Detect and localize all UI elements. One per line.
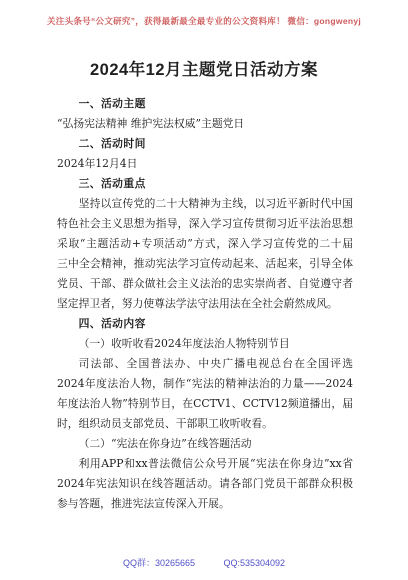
doc-line: “弘扬宪法精神 维护宪法权威”主题党日: [57, 114, 353, 134]
doc-line: 利用APP和xx普法微信公众号开展“宪法在你身边”xx省: [57, 454, 353, 474]
doc-line: 坚持以宣传党的二十大精神为主线，以习近平新时代中国: [57, 194, 353, 214]
doc-line: 特色社会主义思想为指导，深入学习宣传贯彻习近平法治思想: [57, 214, 353, 234]
doc-line: 坚定捍卫者，努力使尊法学法守法用法在全社会蔚然成风。: [57, 294, 353, 314]
document-body: 一、活动主题“弘扬宪法精神 维护宪法权威”主题党日二、活动时间2024年12月4…: [57, 94, 353, 514]
footer-qq-group: QQ群：30265665: [123, 556, 195, 569]
doc-line: 三、活动重点: [57, 174, 353, 194]
doc-line: 2024年12月4日: [57, 154, 353, 174]
doc-line: 2024年度法治人物，制作“宪法的精神法治的力量——2024: [57, 374, 353, 394]
doc-line: 二、活动时间: [57, 134, 353, 154]
document-title: 2024年12月主题党日活动方案: [0, 56, 408, 80]
doc-line: （一）收听收看2024年度法治人物特别节目: [57, 334, 353, 354]
doc-line: 参与答题，推进宪法宣传深入开展。: [57, 494, 353, 514]
doc-line: 一、活动主题: [57, 94, 353, 114]
doc-line: 四、活动内容: [57, 314, 353, 334]
doc-line: 2024年宪法知识在线答题活动。请各部门党员干部群众积极: [57, 474, 353, 494]
doc-line: 采取“主题活动+专项活动”方式，深入学习宣传党的二十届: [57, 234, 353, 254]
footer-contact: QQ群：30265665 QQ:535304092: [0, 556, 408, 569]
doc-line: 时，组织动员支部党员、干部职工收听收看。: [57, 414, 353, 434]
header-promo-note: 关注头条号“公文研究”，获得最新最全最专业的公文资料库！ 微信：gongweny…: [0, 15, 408, 27]
doc-line: （二）“宪法在你身边”在线答题活动: [57, 434, 353, 454]
footer-qq: QQ:535304092: [224, 558, 286, 568]
doc-line: 三中全会精神，推动宪法学习宣传动起来、活起来，引导全体: [57, 254, 353, 274]
document-page: 关注头条号“公文研究”，获得最新最全最专业的公文资料库！ 微信：gongweny…: [0, 0, 408, 580]
doc-line: 党员、干部、群众做社会主义法治的忠实崇尚者、自觉遵守者: [57, 274, 353, 294]
doc-line: 年度法治人物”特别节目，在CCTV1、CCTV12频道播出，届: [57, 394, 353, 414]
doc-line: 司法部、全国普法办、中央广播电视总台在全国评选: [57, 354, 353, 374]
